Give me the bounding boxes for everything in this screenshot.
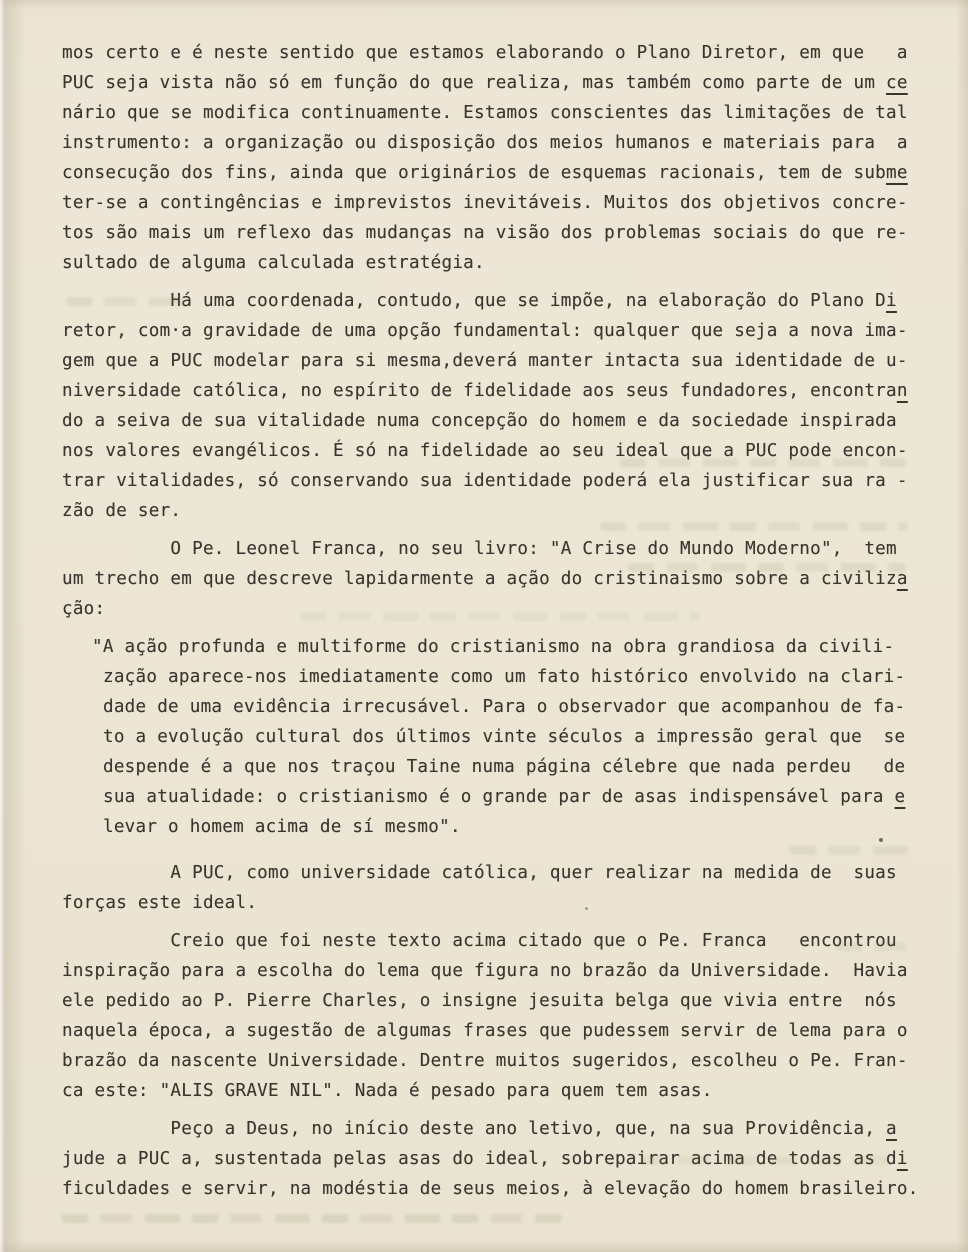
text-line: nos valores evangélicos. É só na fidelid… bbox=[62, 436, 968, 466]
text-line: gem que a PUC modelar para si mesma,deve… bbox=[62, 346, 968, 376]
text-line: forças este ideal. bbox=[62, 888, 968, 918]
text-line: dade de uma evidência irrecusável. Para … bbox=[103, 692, 968, 722]
text-line: tos são mais um reflexo das mudanças na … bbox=[62, 218, 968, 248]
underlined-syllable: i bbox=[897, 1149, 908, 1169]
text-line: Há uma coordenada, contudo, que se impõe… bbox=[62, 286, 968, 316]
text-line: ção: bbox=[62, 594, 968, 624]
text-line: naquela época, a sugestão de algumas fra… bbox=[62, 1016, 968, 1046]
text-line: zão de ser. bbox=[62, 496, 968, 526]
text-line: brazão da nascente Universidade. Dentre … bbox=[62, 1046, 968, 1076]
paragraph: Peço a Deus, no início deste ano letivo,… bbox=[62, 1114, 968, 1204]
underlined-syllable: me bbox=[886, 163, 908, 183]
paragraph: A PUC, como universidade católica, quer … bbox=[62, 858, 968, 918]
text-line: A PUC, como universidade católica, quer … bbox=[62, 858, 968, 888]
text-line: trar vitalidades, só conservando sua ide… bbox=[62, 466, 968, 496]
text-line: Creio que foi neste texto acima citado q… bbox=[62, 926, 968, 956]
underlined-syllable: e bbox=[895, 787, 906, 807]
text-line: levar o homem acima de sí mesmo". bbox=[103, 812, 968, 842]
text-line: nário que se modifica continuamente. Est… bbox=[62, 98, 968, 128]
paragraph: Creio que foi neste texto acima citado q… bbox=[62, 926, 968, 1106]
paragraph: O Pe. Leonel Franca, no seu livro: "A Cr… bbox=[62, 534, 968, 624]
text-line: instrumento: a organização ou disposição… bbox=[62, 128, 968, 158]
paragraph: Há uma coordenada, contudo, que se impõe… bbox=[62, 286, 968, 526]
bleedthrough-artifact bbox=[62, 1214, 562, 1223]
underlined-syllable: n bbox=[897, 381, 908, 401]
text-line: ca este: "ALIS GRAVE NIL". Nada é pesado… bbox=[62, 1076, 968, 1106]
underlined-syllable: a bbox=[886, 1119, 897, 1139]
text-line: inspiração para a escolha do lema que fi… bbox=[62, 956, 968, 986]
text-line: um trecho em que descreve lapidarmente a… bbox=[62, 564, 968, 594]
text-line: ter-se a contingências e imprevistos ine… bbox=[62, 188, 968, 218]
text-line: jude a PUC a, sustentada pelas asas do i… bbox=[62, 1144, 968, 1174]
scanned-page: mos certo e é neste sentido que estamos … bbox=[0, 0, 968, 1252]
text-line: O Pe. Leonel Franca, no seu livro: "A Cr… bbox=[62, 534, 968, 564]
text-line: despende é a que nos traçou Taine numa p… bbox=[103, 752, 968, 782]
paragraph: mos certo e é neste sentido que estamos … bbox=[62, 38, 968, 278]
text-line: retor, com·a gravidade de uma opção fund… bbox=[62, 316, 968, 346]
document-text: mos certo e é neste sentido que estamos … bbox=[62, 38, 968, 1204]
text-line: mos certo e é neste sentido que estamos … bbox=[62, 38, 968, 68]
text-line: Peço a Deus, no início deste ano letivo,… bbox=[62, 1114, 968, 1144]
text-line: zação aparece-nos imediatamente como um … bbox=[103, 662, 968, 692]
text-line: ficuldades e servir, na modéstia de seus… bbox=[62, 1174, 968, 1204]
underlined-syllable: a bbox=[897, 569, 908, 589]
text-line: niversidade católica, no espírito de fid… bbox=[62, 376, 968, 406]
block-quote: "A ação profunda e multiforme do cristia… bbox=[103, 632, 968, 842]
underlined-syllable: i bbox=[886, 291, 897, 311]
text-line: do a seiva de sua vitalidade numa concep… bbox=[62, 406, 968, 436]
text-line: sua atualidade: o cristianismo é o grand… bbox=[103, 782, 968, 812]
text-line: consecução dos fins, ainda que originári… bbox=[62, 158, 968, 188]
text-line: sultado de alguma calculada estratégia. bbox=[62, 248, 968, 278]
text-line: PUC seja vista não só em função do que r… bbox=[62, 68, 968, 98]
underlined-syllable: ce bbox=[886, 73, 908, 93]
text-line: ele pedido ao P. Pierre Charles, o insig… bbox=[62, 986, 968, 1016]
text-line: to a evolução cultural dos últimos vinte… bbox=[103, 722, 968, 752]
text-line: "A ação profunda e multiforme do cristia… bbox=[92, 632, 968, 662]
